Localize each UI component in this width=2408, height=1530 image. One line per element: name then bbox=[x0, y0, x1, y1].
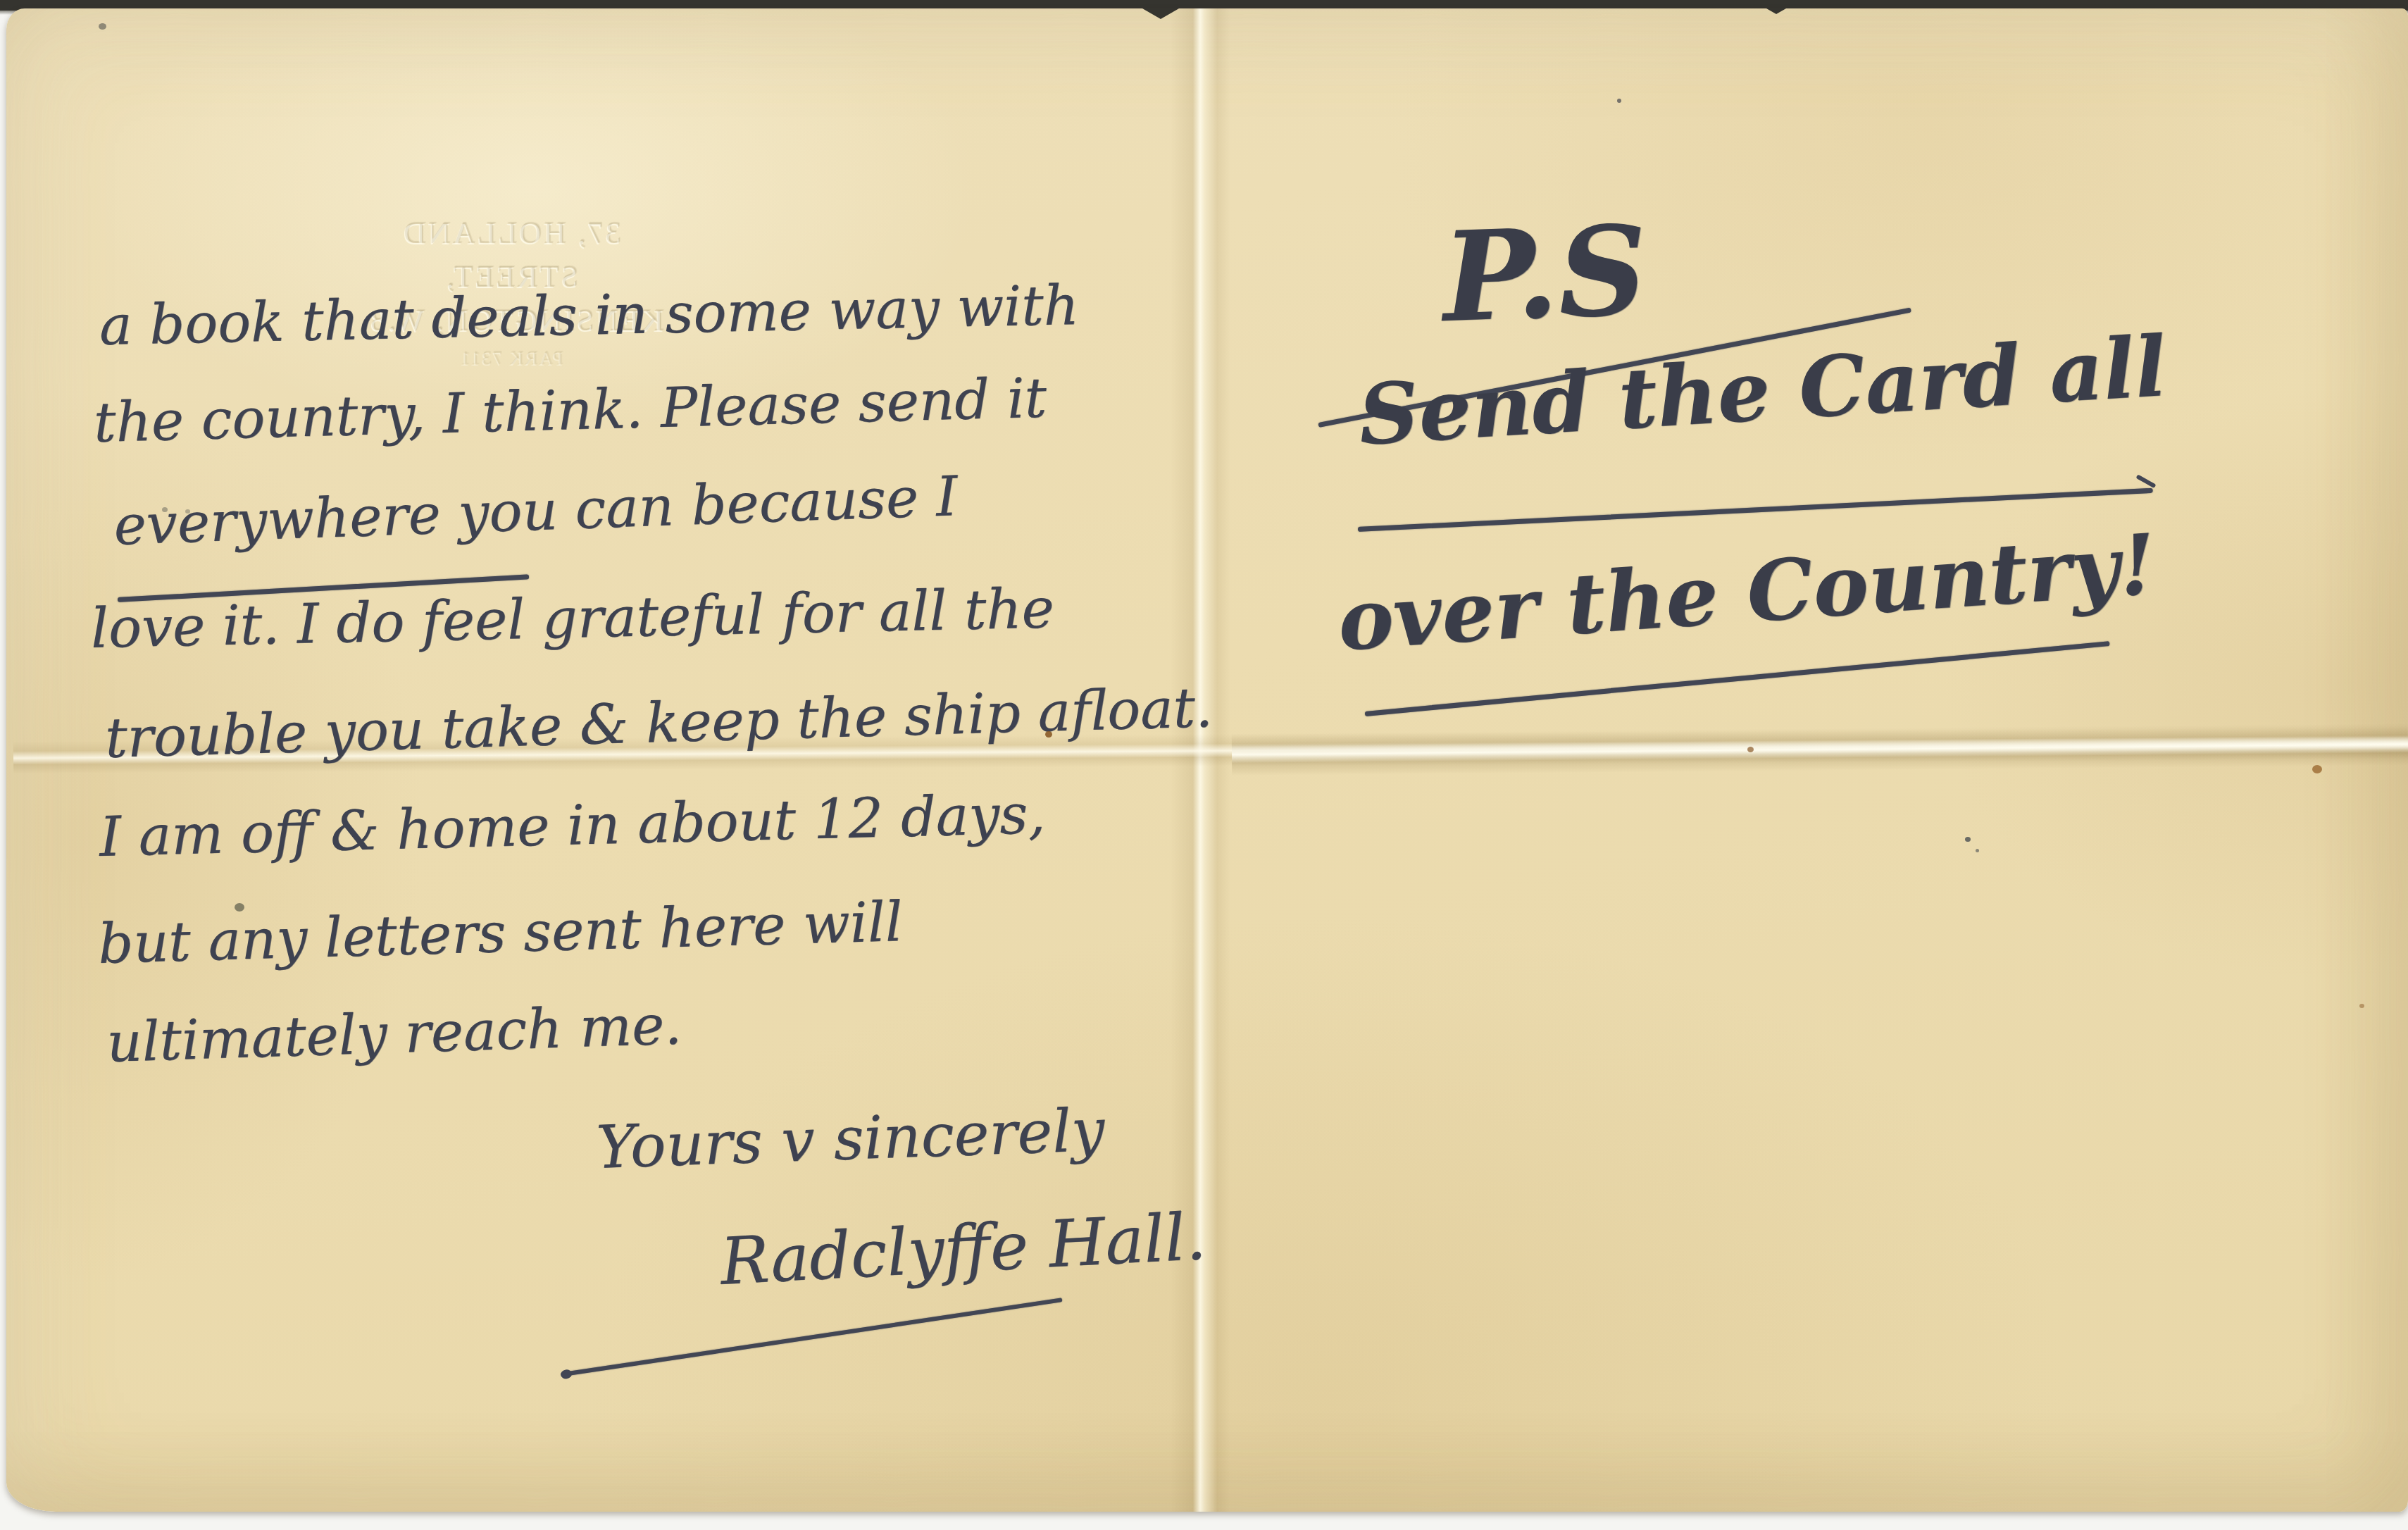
ink-speck bbox=[99, 23, 106, 30]
top-edge-notch-small bbox=[1766, 8, 1786, 14]
horizontal-fold-crease-right bbox=[1232, 723, 2408, 776]
letter-line-2: the country, I think. Please send it bbox=[93, 367, 1047, 455]
ink-speck bbox=[1965, 837, 1971, 842]
foxing-spot bbox=[1747, 747, 1754, 752]
closing-line: Yours v sincerely bbox=[595, 1095, 1106, 1182]
pencil-speck bbox=[162, 507, 168, 512]
signature-underline bbox=[563, 1298, 1063, 1376]
letter-line-1: a book that deals in some way with bbox=[99, 274, 1080, 358]
letter-line-3-rest: you can because I bbox=[439, 465, 959, 547]
ps-heading: P.S bbox=[1440, 199, 1649, 350]
letter-line-4: love it. I do feel grateful for all the bbox=[90, 577, 1055, 661]
ink-speck bbox=[1976, 849, 1979, 852]
signature-underline-ink-blob bbox=[560, 1369, 573, 1379]
top-edge-notch-fold bbox=[1142, 8, 1179, 19]
ink-speck bbox=[1617, 99, 1621, 103]
letter-line-6: I am off & home in about 12 days, bbox=[99, 783, 1046, 869]
letter-sheet: 37, HOLLAND STREET, KENSINGTON, W.8. PAR… bbox=[6, 8, 2408, 1512]
underlined-word-everywhere: everywhere bbox=[113, 483, 442, 558]
signature: Radclyffe Hall. bbox=[718, 1199, 1208, 1300]
foxing-spot bbox=[2359, 1004, 2364, 1008]
pencil-speck bbox=[185, 509, 190, 514]
ps-line-2: over the Country! bbox=[1335, 515, 2159, 670]
foxing-spot bbox=[235, 903, 244, 912]
underline-arrowhead bbox=[2135, 474, 2156, 488]
letter-line-8: ultimately reach me. bbox=[106, 993, 682, 1075]
letter-line-3: everywhere you can because I bbox=[113, 465, 959, 558]
foxing-spot bbox=[1045, 731, 1052, 738]
foxing-spot bbox=[2312, 765, 2322, 773]
letter-line-7: but any letters sent here will bbox=[97, 890, 904, 976]
